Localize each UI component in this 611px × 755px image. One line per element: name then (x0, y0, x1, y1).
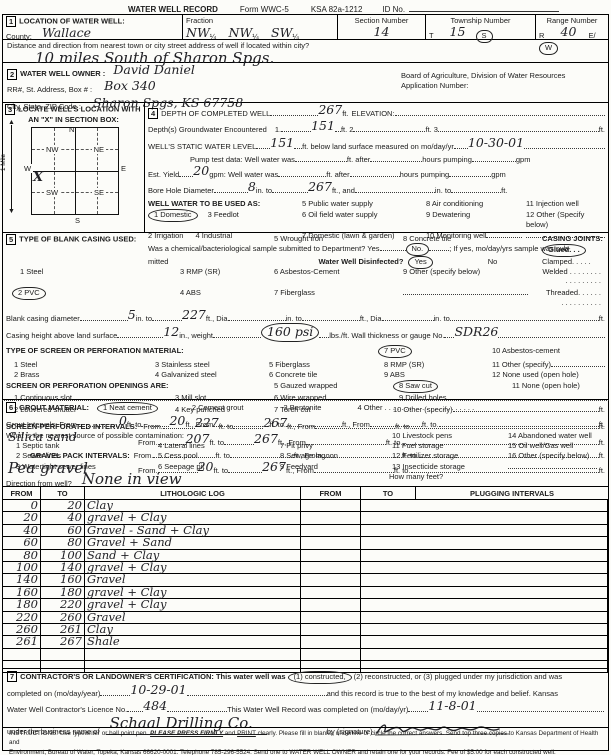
option-item: 5 Gauzed wrapped (274, 381, 389, 391)
section2-owner: 2WATER WELL OWNER : David Daniel RR#, St… (2, 63, 609, 103)
board-of-agriculture-line: Board of Agriculture, Division of Water … (401, 71, 604, 81)
range-r: R (539, 31, 544, 40)
township-t: T (429, 31, 433, 40)
option-item: 2 Sewer lines (6, 451, 154, 461)
bore-diameter-value: 8 (248, 179, 256, 195)
quadrant-se: SE (92, 188, 106, 197)
plug-to-cell (361, 574, 416, 586)
instructions-seg: and retain one for your records. Fee of … (356, 749, 509, 755)
depth-completed-label: DEPTH OF COMPLETED WELL (161, 109, 270, 119)
option-item: 13 Insecticide storage (392, 462, 504, 472)
constructed-emphasis: constructed (509, 749, 542, 755)
joint-threaded: Threaded. . . . . . . . . . . . . . . . (542, 288, 605, 308)
casing-depth-value: 227 (182, 307, 206, 323)
casing-options-grid: 5TYPE OF BLANK CASING USED: 5 Wrought ir… (6, 234, 605, 308)
diagram-quarter-line (54, 128, 55, 214)
compass-west: W (22, 164, 33, 173)
well-x-mark: X (33, 170, 43, 185)
openings-title: SCREEN OR PERFORATION OPENINGS ARE: (6, 381, 270, 391)
section7-certification: 7 CONTRACTOR'S OR LANDOWNER'S CERTIFICAT… (2, 668, 609, 727)
option-item: 1 Septic tank (6, 441, 154, 451)
depth-unit: ft. (342, 109, 348, 119)
plug-from-cell (301, 587, 361, 599)
instructions-seg: Environment, Bureau of Water, Topeka, Ka… (9, 749, 289, 755)
option-item: 2 Cement grout (192, 403, 244, 413)
lithologic-log-table: FROM TO LITHOLOGIC LOG FROM TO PLUGGING … (2, 487, 609, 668)
form-title: WATER WELL RECORD (128, 5, 218, 14)
section3-tag: 3 (5, 104, 15, 115)
option-item: 12 Other (Specify below) (526, 210, 605, 230)
bore-depth-value: 267 (308, 179, 332, 195)
constructed-circled: (1) constructed, (288, 671, 352, 684)
section6-grout: 6 GROUT MATERIAL: 1 Neat cement 2 Cement… (2, 400, 609, 487)
yield-gpm-label: gpm: Well water was (209, 170, 278, 180)
option-item: 7 PVC (378, 345, 412, 358)
diam-unit-4: ft., Dia (360, 314, 382, 324)
casing-diameter-value: 5 (128, 307, 136, 323)
section3-locate-box: 3LOCATE WELL'S LOCATION WITH AN "X" IN S… (3, 103, 145, 232)
instructions-box: INSTRUCTIONS: Use typewriter or ball poi… (2, 727, 609, 751)
option-item: 7 Fiberglass (274, 288, 399, 298)
range-e: E/ (589, 31, 596, 40)
option-item: 2 PVC (12, 287, 46, 300)
option-item: 11 Other (specify) (492, 360, 551, 370)
option-item: 8 RMP (SR) (378, 360, 488, 370)
litho-log-cell: Shale (85, 636, 301, 648)
wall-thickness-value: SDR26 (454, 324, 498, 340)
litho-log-cell: Gravel (85, 612, 301, 624)
plug-interval-cell (416, 500, 608, 512)
fraction-1-value: NW (186, 25, 210, 40)
plug-interval-cell (416, 537, 608, 549)
quadrant-nw: NW (44, 145, 61, 154)
section3-title-2: AN "X" IN SECTION BOX: (5, 115, 142, 125)
diam-unit-6: ft. (599, 314, 605, 324)
section4-depth: 4 DEPTH OF COMPLETED WELL 267 ft. ELEVAT… (145, 103, 608, 232)
litho-from-cell (3, 649, 41, 661)
plug-from-cell (301, 512, 361, 524)
col-header-plug-from: FROM (301, 487, 361, 500)
option-item: 4 Lateral lines (158, 441, 276, 451)
fraction-3-value: SW (271, 25, 292, 40)
pump-hours-label: hours pumping (422, 155, 472, 165)
est-yield-label: Est. Yield (148, 170, 179, 180)
height-unit-2: lbs./ft. Wall thickness or gauge No. (329, 331, 444, 341)
pump-after-label: ft. after (347, 155, 370, 165)
instructions-seg: well. (541, 749, 555, 755)
option-item: 3 RMP (SR) (180, 267, 270, 277)
grout-to-value: 20 (169, 413, 185, 429)
litho-log-cell (85, 649, 301, 661)
option-item: 6 Concrete tile (269, 370, 374, 380)
option-item: 5 Cess pool (158, 451, 276, 461)
plug-to-cell (361, 599, 416, 611)
option-item: 12 Fertilizer storage (392, 451, 504, 461)
water-well-record-form: WATER WELL RECORD Form WWC-5 KSA 82a-121… (0, 0, 611, 755)
instructions-line2: Environment, Bureau of Water, Topeka, Ka… (9, 748, 602, 755)
press-firmly-emphasis: PLEASE PRESS FIRMLY (150, 730, 223, 737)
elevation-label: ELEVATION: (351, 109, 394, 119)
option-item: 11 Injection well (526, 199, 605, 209)
grout-ft-to: ft. to (127, 420, 142, 430)
bore-unit-3: in. to (435, 186, 451, 196)
measured-date-value: 10-30-01 (468, 135, 524, 151)
address-label: RR#, St. Address, Box # : (7, 85, 92, 94)
plug-from-cell (301, 550, 361, 562)
option-item: 2 Brass (6, 370, 151, 380)
section1-tag: 1 (6, 16, 16, 27)
option-item: 5 Wrought iron (274, 234, 399, 244)
plug-to-cell (361, 525, 416, 537)
section5-title: TYPE OF BLANK CASING USED: (19, 234, 136, 243)
section6-tag: 6 (6, 402, 16, 413)
option-item: 15 Oil well/Gas well (508, 441, 605, 451)
contamination-grid: What is the nearest source of possible c… (6, 431, 605, 472)
plug-from-cell (301, 537, 361, 549)
option-item: 11 None (open hole) (512, 381, 605, 391)
static-water-level-label: WELL'S STATIC WATER LEVEL (148, 142, 256, 152)
col-header-plug-to: TO (361, 487, 416, 500)
township-value: 15 (450, 24, 466, 39)
plug-from-cell (301, 612, 361, 624)
plug-from-cell (301, 649, 361, 661)
option-item: 11 Fuel storage (392, 441, 504, 451)
option-item: 3 Bentonite (284, 403, 322, 413)
use-title: WELL WATER TO BE USED AS: (148, 199, 298, 209)
distance-row: Distance and direction from nearest town… (2, 40, 609, 63)
plug-from-cell (301, 624, 361, 636)
grout-ft-end: ft. (599, 420, 605, 430)
range-value: 40 (561, 24, 577, 39)
ksa-statute: KSA 82a-1212 (311, 5, 363, 14)
section3-title-1: LOCATE WELL'S LOCATION WITH (18, 104, 140, 113)
plug-to-cell (361, 587, 416, 599)
section2-tag: 2 (7, 69, 17, 80)
plug-from-cell (301, 574, 361, 586)
section3-4-band: 3LOCATE WELL'S LOCATION WITH AN "X" IN S… (2, 103, 609, 233)
instructions-line1: INSTRUCTIONS: Use typewriter or ball poi… (9, 729, 602, 748)
owner-label: WATER WELL OWNER : (20, 69, 105, 78)
instructions-seg: INSTRUCTIONS: Use typewriter or ball poi… (9, 730, 150, 737)
plug-interval-cell (416, 649, 608, 661)
one-mile-label: 1 Mile (0, 154, 7, 171)
form-header: WATER WELL RECORD Form WWC-5 KSA 82a-121… (0, 3, 611, 14)
plug-to-cell (361, 537, 416, 549)
plug-interval-cell (416, 525, 608, 537)
plug-interval-cell (416, 574, 608, 586)
plug-interval-cell (416, 562, 608, 574)
diam-unit-5: in. to (434, 314, 450, 324)
form-number: Form WWC-5 (240, 5, 289, 14)
plug-interval-cell (416, 612, 608, 624)
owner-value: David Daniel (113, 62, 194, 77)
section6-title: GROUT MATERIAL: (19, 403, 89, 413)
id-no-label: ID No. (382, 5, 405, 14)
plug-from-cell (301, 525, 361, 537)
completed-date-value: 10-29-01 (130, 682, 186, 698)
option-item: 9 ABS (378, 370, 488, 380)
litho-from-cell: 261 (3, 636, 41, 648)
certification-title: CONTRACTOR'S OR LANDOWNER'S CERTIFICATIO… (20, 672, 285, 682)
section-diagram: NW NE SW SE W E S X (31, 127, 119, 215)
instructions-seg: and (223, 730, 237, 737)
litho-to-cell (41, 649, 85, 661)
id-no-blank (409, 3, 559, 12)
option-item: 7 Pit privy (280, 441, 388, 451)
completed-on-label: completed on (mo/day/year) (7, 689, 100, 699)
grout-intervals-label: Grout Intervals: From. (6, 420, 79, 430)
bore-unit-2: ft., and (332, 186, 355, 196)
scale-line (11, 125, 12, 209)
option-item: 12 None used (open hole) (492, 370, 605, 380)
section5-tag: 5 (6, 234, 16, 245)
certification-rest: (2) reconstructed, or (3) plugged under … (354, 672, 562, 682)
joint-clamped: Clamped. . . . . (542, 257, 591, 266)
section-number-value: 14 (341, 24, 422, 39)
height-unit-1: in., weight (179, 331, 213, 341)
licence-value: 484 (143, 698, 167, 714)
static-water-level-mid: ft. below land surface measured on mo/da… (302, 142, 454, 152)
compass-east: E (119, 164, 128, 173)
plug-from-cell (301, 599, 361, 611)
option-item: 10 Asbestos-cement (492, 346, 605, 356)
casing-joints-label: CASING JOINTS: (542, 234, 603, 243)
plug-to-cell (361, 624, 416, 636)
option-item: 14 Abandoned water well (508, 431, 605, 441)
gw-unit-1: ft. 2 (341, 125, 354, 135)
option-item: 4 Other . . . . . . . . . . . . . . . . … (357, 403, 474, 413)
diam-unit-2: ft., Dia (206, 314, 228, 324)
option-item: 10 Livestock pens (392, 431, 504, 441)
option-item: 3 Feedlot (208, 210, 239, 219)
yield-hours-label: hours pumping (400, 170, 450, 180)
grout-from-value: 0 (119, 413, 127, 429)
section1-location: 1LOCATION OF WATER WELL: County: Wallace… (2, 14, 609, 40)
joint-welded: Welded . . . . . . . . . . . . . . . . . (542, 267, 605, 287)
plug-interval-cell (416, 636, 608, 648)
county-value: Wallace (42, 25, 91, 40)
gw-unit-2: ft. 3 (425, 125, 438, 135)
col-header-log: LITHOLOGIC LOG (85, 487, 301, 500)
option-item: 8 Saw cut (393, 380, 438, 393)
grout-ft-to3: ft. to. (422, 420, 439, 430)
option-item: 8 Sewage lagoon (280, 451, 388, 461)
bore-unit-1: in. to (256, 186, 272, 196)
plug-to-cell (361, 562, 416, 574)
grout-ft-from2: ft., From (342, 420, 370, 430)
diam-unit-1: in. to (136, 314, 152, 324)
compass-south: S (73, 216, 82, 225)
plug-from-cell (301, 500, 361, 512)
casing-weight-value: 160 psi (261, 323, 319, 342)
plug-interval-cell (416, 587, 608, 599)
option-item: 9 Feedyard (280, 462, 388, 472)
plug-to-cell (361, 500, 416, 512)
est-yield-value: 20 (193, 163, 209, 179)
print-emphasis: PRINT (237, 730, 256, 737)
quadrant-sw: SW (44, 188, 60, 197)
plug-from-cell (301, 562, 361, 574)
plug-interval-cell (416, 550, 608, 562)
blank-casing-diameter-label: Blank casing diameter (6, 314, 80, 324)
one-mile-scale: ▲ 1 Mile ▼ (7, 119, 17, 215)
static-water-level-value: 151 (270, 135, 294, 151)
casing-height-label: Casing height above land surface (6, 331, 117, 341)
option-item: 1 Domestic (148, 209, 198, 222)
option-item: 16 Other (specify below) (508, 451, 605, 461)
option-item: 1 Neat cement (97, 402, 158, 415)
plug-to-cell (361, 550, 416, 562)
screen-material-grid: TYPE OF SCREEN OR PERFORATION MATERIAL: … (6, 345, 605, 379)
groundwater-label: Depth(s) Groundwater Encountered (148, 125, 267, 135)
section7-tag: 7 (7, 671, 17, 682)
option-item: 8 Concrete tile (403, 234, 538, 244)
section5-casing: 5TYPE OF BLANK CASING USED: 5 Wrought ir… (2, 233, 609, 400)
arrow-down-icon: ▼ (8, 208, 15, 215)
plug-to-cell (361, 636, 416, 648)
option-item: 6 Oil field water supply (302, 210, 422, 220)
plug-interval-cell (416, 624, 608, 636)
option-item: 4 Galvanized steel (155, 370, 265, 380)
address-value: Box 340 (104, 78, 156, 93)
plug-to-cell (361, 649, 416, 661)
col-header-plug: PLUGGING INTERVALS (416, 487, 608, 500)
township-label: Township Number (429, 16, 532, 26)
plug-interval-cell (416, 599, 608, 611)
plug-interval-cell (416, 512, 608, 524)
record-completed-value: 11-8-01 (428, 698, 476, 714)
joint-glued-circled: Glued. . . (542, 244, 586, 257)
application-number-label: Application Number: (401, 81, 604, 91)
bore-unit-4: ft. (501, 186, 507, 196)
quadrant-ne: NE (92, 145, 106, 154)
gw-unit-3: ft. (599, 125, 605, 135)
contamination-title: What is the nearest source of possible c… (6, 431, 388, 441)
option-item: 1 Steel (6, 267, 176, 277)
plug-to-cell (361, 512, 416, 524)
option-item: 9 Dewatering (426, 210, 522, 220)
depth-completed-value: 267 (318, 102, 342, 118)
fraction-2-value: NW (229, 25, 253, 40)
option-item: 1 Steel (6, 360, 151, 370)
grout-ft-to2: ft. to. (269, 420, 286, 430)
diagram-quarter-line (97, 128, 98, 214)
grout-ft-from: ft., From (185, 420, 213, 430)
groundwater-1-value: 151 (311, 118, 335, 134)
option-item: 5 Public water supply (302, 199, 422, 209)
bore-hole-label: Bore Hole Diameter (148, 186, 214, 196)
diagram-vertical-line (75, 128, 76, 214)
screen-material-title: TYPE OF SCREEN OR PERFORATION MATERIAL: (6, 346, 374, 356)
option-item: 8 Air conditioning (426, 199, 522, 209)
casing-height-value: 12 (163, 324, 179, 340)
owner-emphasis: WATER WELL OWNER (289, 749, 356, 755)
option-item: 4 ABS (180, 288, 270, 298)
option-item: 9 Other (specify below) (403, 267, 538, 277)
plug-to-cell (361, 612, 416, 624)
plug-from-cell (301, 636, 361, 648)
option-item: 6 Asbestos-Cement (274, 267, 399, 277)
option-item: 3 Stainless steel (155, 360, 265, 370)
litho-to-cell: 267 (41, 636, 85, 648)
how-many-feet-label: How many feet? (389, 472, 443, 482)
pump-gpm-label: gpm (516, 155, 531, 165)
section4-tag: 4 (148, 108, 158, 119)
option-item: 5 Fiberglass (269, 360, 374, 370)
yield-gpm-unit: gpm (491, 170, 506, 180)
